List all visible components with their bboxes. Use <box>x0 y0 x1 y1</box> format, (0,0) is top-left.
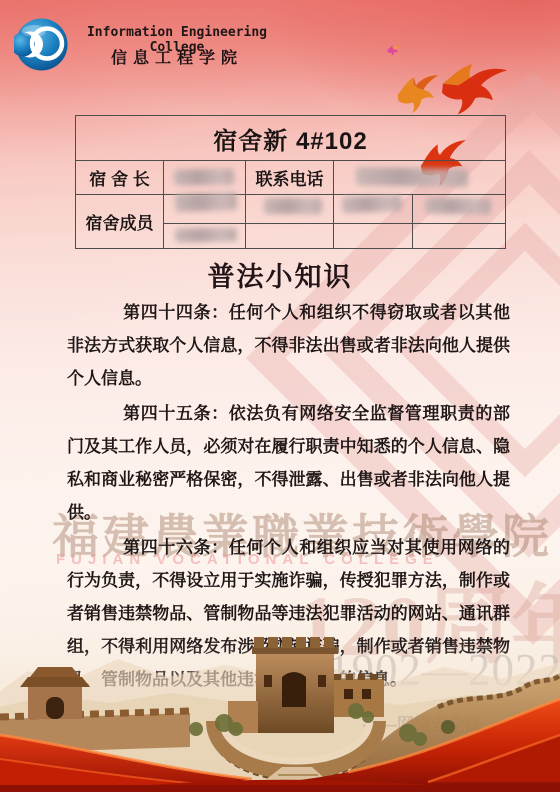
globe-logo-icon <box>14 17 69 72</box>
table-row: 宿舍新 4#102 <box>76 116 506 161</box>
dorm-title: 宿舍新 4#102 <box>76 116 506 161</box>
redacted-name <box>342 195 403 213</box>
gate-tower-roof <box>20 677 90 687</box>
redacted-name <box>175 192 238 212</box>
member-cell <box>246 224 334 249</box>
member-cell <box>246 195 334 224</box>
member-cell <box>334 195 413 224</box>
article-45: 第四十五条：依法负有网络安全监督管理职责的部门及其工作人员，必须对在履行职责中知… <box>67 397 510 529</box>
member-cell <box>164 195 246 224</box>
member-cell <box>334 224 413 249</box>
leader-name-cell <box>164 161 246 195</box>
table-row: 宿 舍 长 联系电话 <box>76 161 506 195</box>
gate-tower-roof-upper <box>30 667 80 677</box>
gate-arch <box>46 697 64 719</box>
phone-label: 联系电话 <box>246 161 334 195</box>
bird-icon <box>386 44 402 56</box>
bird-icon <box>435 54 513 119</box>
redacted-name <box>175 227 237 242</box>
dorm-info-table: 宿舍新 4#102 宿 舍 长 联系电话 宿舍成员 <box>75 115 506 249</box>
redacted-name <box>264 198 322 214</box>
section-title: 普法小知识 <box>0 255 560 294</box>
member-cell <box>413 224 506 249</box>
college-name-chinese: 信息工程学院 <box>64 45 290 68</box>
redacted-name <box>174 168 234 185</box>
tower-door-arch <box>282 672 306 707</box>
redacted-phone <box>356 167 468 187</box>
bottom-red-bar <box>0 785 560 792</box>
table-row: 宿舍成员 <box>76 195 506 224</box>
poster-page: 福建農業職業技術學院 FUJIAN VOCATIONAL COLLEGE 120… <box>0 0 560 792</box>
members-label: 宿舍成员 <box>76 195 164 249</box>
great-wall-illustration <box>0 607 560 792</box>
leader-label: 宿 舍 长 <box>76 161 164 195</box>
redacted-name <box>425 197 491 214</box>
member-cell <box>413 195 506 224</box>
member-cell <box>164 224 246 249</box>
article-44: 第四十四条：任何个人和组织不得窃取或者以其他非法方式获取个人信息，不得非法出售或… <box>67 296 510 395</box>
phone-value-cell <box>334 161 506 195</box>
